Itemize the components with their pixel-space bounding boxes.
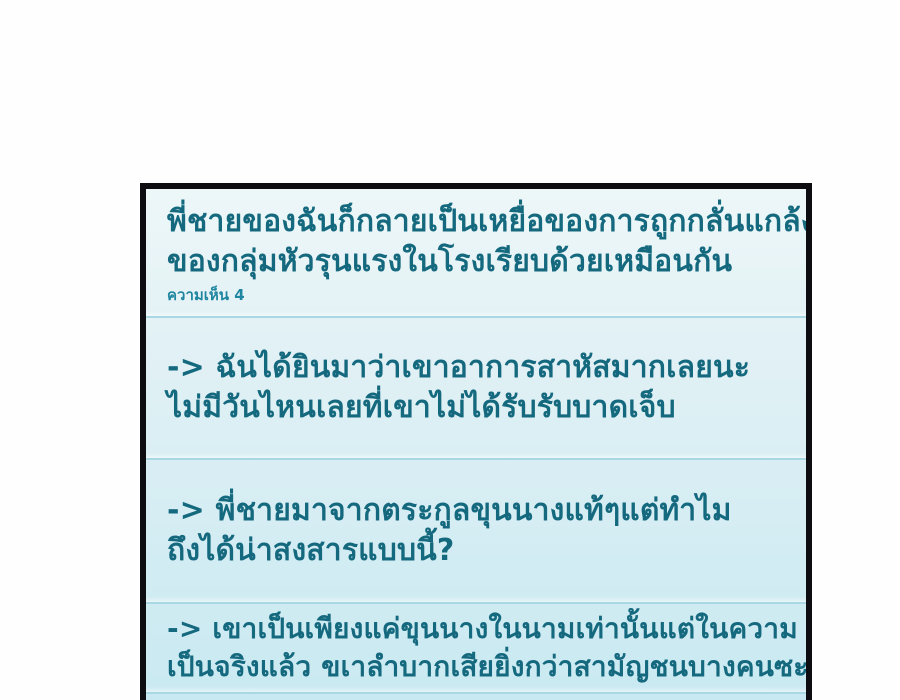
comment-item-reply: -> เขาเป็นเพียงแค่ขุนนางในนามเท่านั้นแต่… [146, 604, 806, 694]
comment-text-line: ไม่มีวันไหนเลยที่เขาไม่ได้รับรับบาดเจ็บ [167, 388, 798, 428]
page-background: พี่ชายของฉันก็กลายเป็นเหยื่อของการถูกกลั… [0, 0, 900, 700]
comment-text-line: -> พี่ชายมาจากตระกูลขุนนางแท้ๆแต่ทำไม [167, 491, 798, 531]
comment-count-label: ความเห็น 4 [167, 285, 798, 305]
comments-panel: พี่ชายของฉันก็กลายเป็นเหยื่อของการถูกกลั… [140, 183, 812, 700]
comment-item-original: พี่ชายของฉันก็กลายเป็นเหยื่อของการถูกกลั… [146, 189, 806, 318]
comment-text-line: ถึงได้น่าสงสารแบบนี้? [167, 531, 798, 571]
panel-filler [146, 694, 806, 700]
comment-text-line: ของกลุ่มหัวรุนแรงในโรงเรียบด้วยเหมือนกัน [167, 242, 798, 282]
comment-text-line: เป็นจริงแล้ว ขเาลำบากเสียยิ่งกว่าสามัญชน… [167, 648, 798, 686]
comment-item-reply: -> ฉันได้ยินมาว่าเขาอาการสาหัสมากเลยนะ ไ… [146, 318, 806, 460]
comment-text-line: พี่ชายของฉันก็กลายเป็นเหยื่อของการถูกกลั… [167, 202, 798, 242]
comment-text-line: -> ฉันได้ยินมาว่าเขาอาการสาหัสมากเลยนะ [167, 348, 798, 388]
comment-text-line: -> เขาเป็นเพียงแค่ขุนนางในนามเท่านั้นแต่… [167, 610, 798, 648]
comment-item-reply: -> พี่ชายมาจากตระกูลขุนนางแท้ๆแต่ทำไม ถึ… [146, 460, 806, 604]
